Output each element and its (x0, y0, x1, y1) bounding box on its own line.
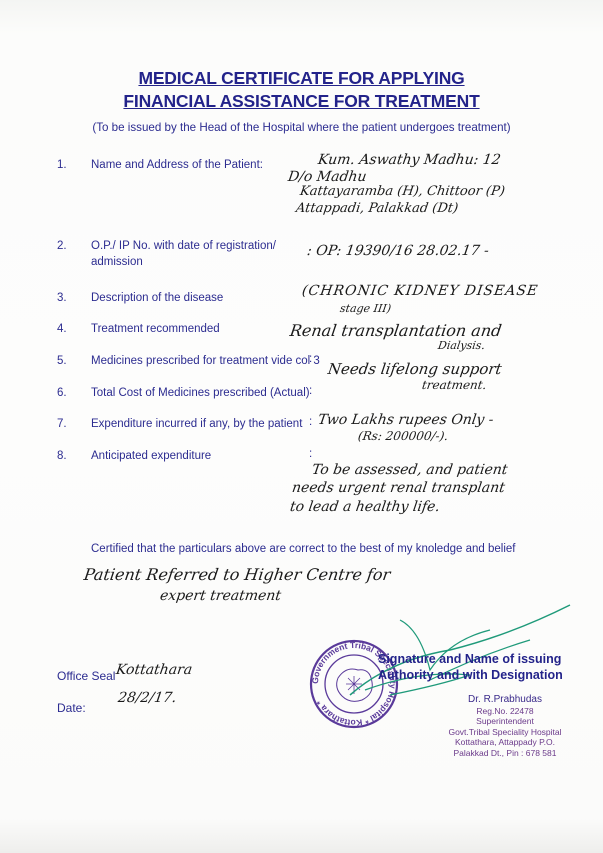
field-1-label: Name and Address of the Patient: (91, 157, 263, 173)
field-4-value-line-1: Renal transplantation and (289, 321, 503, 340)
field-8-label: Anticipated expenditure (91, 448, 211, 464)
field-7-value-line-1: Two Lakhs rupees Only - (317, 412, 495, 428)
field-1-value-line-1: Kum. Aswathy Madhu: 12 (317, 152, 502, 168)
field-5-number: 5. (57, 355, 67, 367)
hospital-pin: Palakkad Dt., Pin : 678 581 (425, 748, 585, 759)
date-value: 28/2/17. (117, 690, 178, 706)
certification-statement: Certified that the particulars above are… (91, 543, 515, 555)
field-6-value-line-1: Needs lifelong support (327, 360, 503, 378)
field-4-label: Treatment recommended (91, 321, 220, 337)
field-8-colon: : (309, 448, 312, 460)
office-seal-label: Office Seal (57, 668, 115, 684)
doctor-reg-no: Reg.No. 22478 (425, 706, 585, 717)
field-7-number: 7. (57, 418, 67, 430)
field-7-value-line-2: (Rs: 200000/-). (357, 429, 449, 443)
signature-title-line-1: Signature and Name of issuing (378, 652, 561, 666)
field-1-value-line-3: Kattayaramba (H), Chittoor (P) (299, 184, 506, 199)
field-8-value-line-3: to lead a healthy life. (289, 499, 441, 515)
doctor-stamp: Dr. R.Prabhudas Reg.No. 22478 Superinten… (425, 695, 585, 758)
certification-remark-line-2: expert treatment (159, 588, 282, 604)
field-8-value-line-1: To be assessed, and patient (311, 462, 509, 478)
field-2-label: O.P./ IP No. with date of registration/ (91, 238, 276, 254)
certification-remark-line-1: Patient Referred to Higher Centre for (83, 565, 392, 584)
field-4-number: 4. (57, 323, 67, 335)
doctor-name: Dr. R.Prabhudas (425, 695, 585, 706)
field-6-label: Total Cost of Medicines prescribed (Actu… (91, 385, 310, 401)
field-3-number: 3. (57, 292, 67, 304)
field-2-label-2: admission (91, 254, 143, 270)
office-seal-value: Kottathara (115, 662, 193, 678)
date-label: Date: (57, 700, 86, 716)
field-6-colon: : (309, 385, 312, 397)
field-5-colon: : (309, 353, 312, 365)
title-line-1: MEDICAL CERTIFICATE FOR APPLYING (0, 68, 603, 89)
certificate-page: MEDICAL CERTIFICATE FOR APPLYING FINANCI… (0, 0, 603, 853)
field-4-value-line-2: Dialysis. (437, 339, 486, 352)
hospital-address: Kottathara, Attappady P.O. (425, 737, 585, 748)
field-3-label: Description of the disease (91, 290, 223, 306)
field-6-number: 6. (57, 387, 67, 399)
field-1-value-line-2: D/o Madhu (287, 169, 368, 185)
field-1-value-line-4: Attappadi, Palakkad (Dt) (295, 201, 459, 216)
field-5-label: Medicines prescribed for treatment vide … (91, 353, 320, 369)
field-6-value-line-2: treatment. (421, 378, 487, 392)
field-2-value: : OP: 19390/16 28.02.17 - (306, 243, 490, 259)
subtitle: (To be issued by the Head of the Hospita… (0, 121, 603, 134)
field-1-number: 1. (57, 159, 67, 171)
field-3-value-line-1: (CHRONIC KIDNEY DISEASE (301, 283, 539, 299)
signature-title-line-2: Authority and with Designation (378, 668, 563, 682)
field-2-number: 2. (57, 240, 67, 252)
field-8-number: 8. (57, 450, 67, 462)
field-3-value-line-2: stage III) (339, 302, 392, 315)
title-line-2: FINANCIAL ASSISTANCE FOR TREATMENT (0, 91, 603, 112)
field-7-colon: : (309, 416, 312, 428)
field-8-value-line-2: needs urgent renal transplant (291, 480, 506, 496)
hospital-name: Govt.Tribal Speciality Hospital (425, 727, 585, 738)
field-7-label: Expenditure incurred if any, by the pati… (91, 416, 302, 432)
doctor-designation: Superintendent (425, 716, 585, 727)
